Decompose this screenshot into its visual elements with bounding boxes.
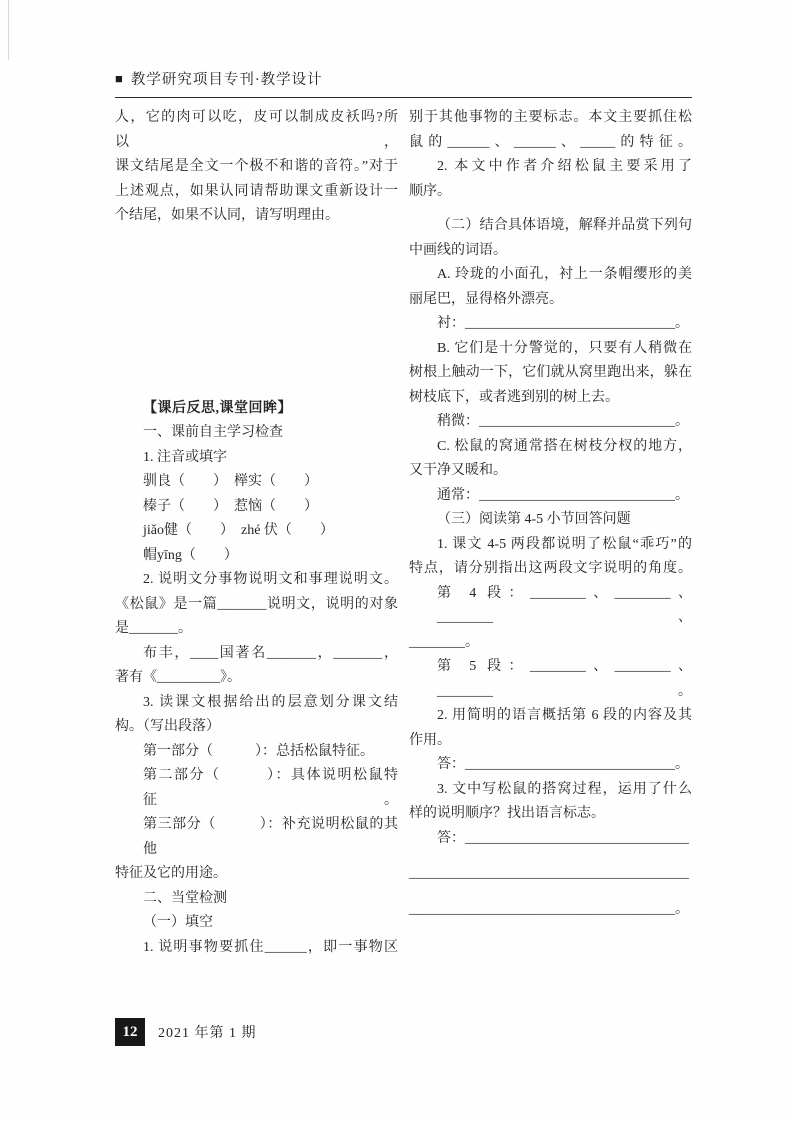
text-line: 一、课前自主学习检查 [115, 421, 398, 446]
text-line: 构。（写出段落） [115, 715, 398, 740]
text-line: 中画线的词语。 [409, 239, 692, 264]
text-line: 帽yīng（ ） [115, 544, 398, 569]
answer-blank-line: 通常：____________________________。 [409, 484, 692, 509]
text-line: 布丰，____国著名_______，_______， [115, 642, 398, 667]
text-line: 3. 文中写松鼠的搭窝过程，运用了什么 [409, 778, 692, 803]
section-marker-icon: ■ [115, 71, 124, 87]
text-line: 特点，请分别指出这两段文字说明的角度。 [409, 557, 692, 582]
text-line: （二）结合具体语境，解释并品赏下列句 [409, 214, 692, 239]
page-header: ■ 教学研究项目专刊·教学设计 [115, 68, 692, 89]
text-line: jiǎo健（ ） zhé 伏（ ） [115, 519, 398, 544]
text-line: 第一部分（ ）：总括松鼠特征。 [115, 740, 398, 765]
text-line: （一）填空 [115, 911, 398, 936]
page-footer: 12 2021 年第 1 期 [115, 1018, 257, 1046]
text-line: A. 玲珑的小面孔，衬上一条帽缨形的美 [409, 263, 692, 288]
column-whitespace [115, 229, 398, 397]
page-number: 12 [123, 1024, 138, 1041]
text-line: 驯良（ ） 榉实（ ） [115, 470, 398, 495]
text-line: 顺序。 [409, 180, 692, 205]
text-line: 是_______。 [115, 617, 398, 642]
text-line: 课文结尾是全文一个极不和谐的音符。”对于 [115, 155, 398, 180]
text-line: 样的说明顺序？找出语言标志。 [409, 802, 692, 827]
text-line: C. 松鼠的窝通常搭在树枝分杈的地方， [409, 435, 692, 460]
text-line: 第 4 段：________、________、________、 [409, 582, 692, 631]
text-line: 作用。 [409, 729, 692, 754]
text-line: 《松鼠》是一篇_______说明文，说明的对象 [115, 593, 398, 618]
text-line: 特征及它的用途。 [115, 862, 398, 887]
text-line: 著有《_________》。 [115, 666, 398, 691]
text-line: 二、当堂检测 [115, 887, 398, 912]
answer-blank-line: 答：________________________________ [409, 827, 692, 852]
left-column: 人，它的肉可以吃，皮可以制成皮袄吗?所以， 课文结尾是全文一个极不和谐的音符。”… [115, 106, 398, 960]
text-line: 第三部分（ ）：补充说明松鼠的其他 [115, 813, 398, 862]
text-line: 1. 课文 4-5 两段都说明了松鼠“乖巧”的 [409, 533, 692, 558]
text-line: 上述观点，如果认同请帮助课文重新设计一 [115, 180, 398, 205]
text-line: 树枝底下，或者逃到别的树上去。 [409, 386, 692, 411]
text-line: 又干净又暖和。 [409, 459, 692, 484]
journal-page: ■ 教学研究项目专刊·教学设计 人，它的肉可以吃，皮可以制成皮袄吗?所以， 课文… [0, 0, 793, 1122]
answer-blank-line: ________________________________________ [409, 862, 692, 887]
header-rule [115, 97, 692, 98]
text-line: 榛子（ ） 惹恼（ ） [115, 495, 398, 520]
text-line: 1. 说明事物要抓住______，即一事物区 [115, 936, 398, 961]
text-line: 第二部分（ ）：具体说明松鼠特征。 [115, 764, 398, 813]
two-column-body: 人，它的肉可以吃，皮可以制成皮袄吗?所以， 课文结尾是全文一个极不和谐的音符。”… [115, 106, 692, 960]
text-line: 2. 本文中作者介绍松鼠主要采用了 [409, 155, 692, 180]
answer-blank-line: 答：______________________________。 [409, 753, 692, 778]
text-line: （三）阅读第 4-5 小节回答问题 [409, 508, 692, 533]
issue-label: 2021 年第 1 期 [158, 1022, 257, 1042]
answer-blank-line: ______________________________________。 [409, 898, 692, 923]
header-title: 教学研究项目专刊·教学设计 [131, 68, 323, 89]
text-line: 3. 读课文根据给出的层意划分课文结 [115, 691, 398, 716]
section-heading: 【课后反思,课堂回眸】 [115, 397, 398, 422]
right-column: 别于其他事物的主要标志。本文主要抓住松 鼠的______、______、____… [409, 106, 692, 960]
text-line: 丽尾巴，显得格外漂亮。 [409, 288, 692, 313]
text-line: 2. 用简明的语言概括第 6 段的内容及其 [409, 704, 692, 729]
text-line: 别于其他事物的主要标志。本文主要抓住松 [409, 106, 692, 131]
text-line: 树根上触动一下，它们就从窝里跑出来，躲在 [409, 361, 692, 386]
text-line: ________。 [409, 631, 692, 656]
answer-blank-line: 衬：______________________________。 [409, 312, 692, 337]
text-line: 1. 注音或填字 [115, 446, 398, 471]
text-line: 2. 说明文分事物说明文和事理说明文。 [115, 568, 398, 593]
text-line: B. 它们是十分警觉的，只要有人稍微在 [409, 337, 692, 362]
text-line: 鼠的______、______、_____的特征。 [409, 131, 692, 156]
text-line: 第 5 段：________、________、________。 [409, 655, 692, 704]
text-line: 个结尾，如果不认同，请写明理由。 [115, 204, 398, 229]
text-line: 人，它的肉可以吃，皮可以制成皮袄吗?所以， [115, 106, 398, 155]
scan-edge-artifact [8, 0, 9, 60]
page-number-badge: 12 [115, 1018, 145, 1046]
answer-blank-line: 稍微：____________________________。 [409, 410, 692, 435]
